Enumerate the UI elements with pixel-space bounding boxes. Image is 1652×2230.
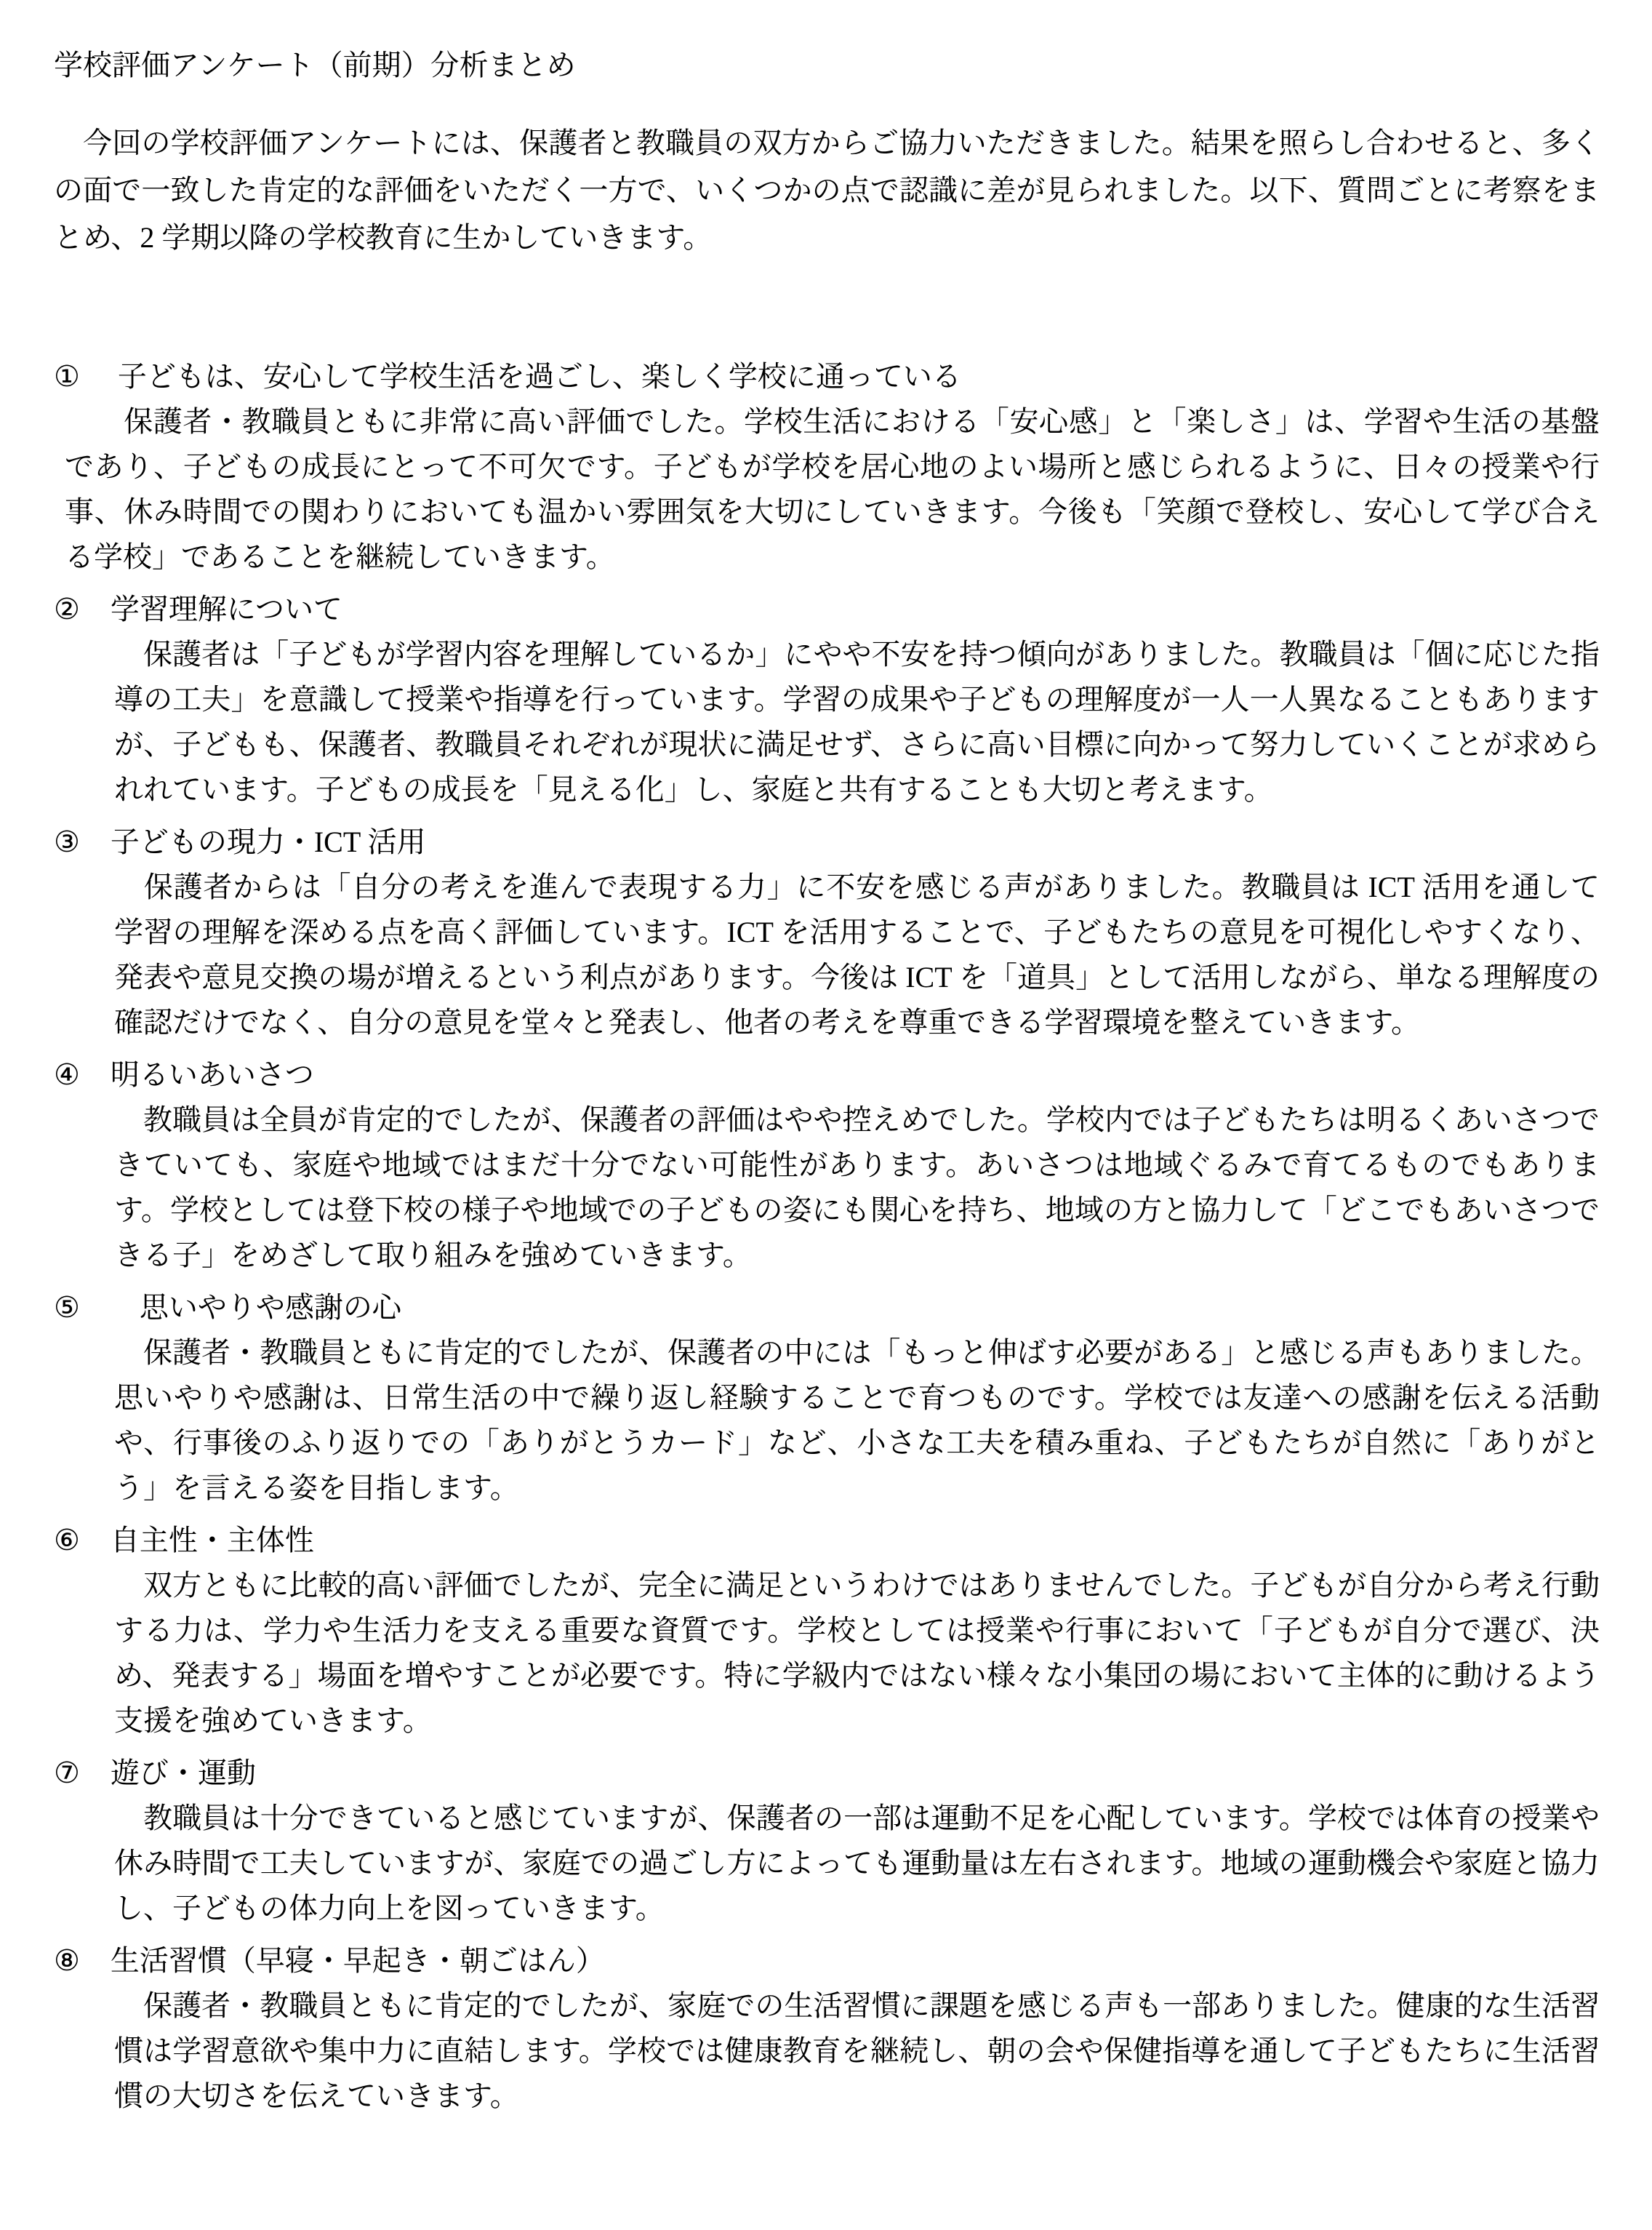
section-3: ③子どもの現力・ICT 活用 保護者からは「自分の考えを進んで表現する力」に不安…	[54, 820, 1600, 1045]
section-5: ⑤ 思いやりや感謝の心 保護者・教職員ともに肯定的でしたが、保護者の中には「もっ…	[54, 1285, 1600, 1511]
section-1-number: ①	[54, 360, 80, 393]
section-5-heading: ⑤ 思いやりや感謝の心	[54, 1285, 1600, 1330]
section-6-title: 自主性・主体性	[111, 1524, 314, 1556]
section-7-body: 教職員は十分できていると感じていますが、保護者の一部は運動不足を心配しています。…	[114, 1796, 1600, 1931]
section-4: ④明るいあいさつ 教職員は全員が肯定的でしたが、保護者の評価はやや控えめでした。…	[54, 1052, 1600, 1278]
section-2-body: 保護者は「子どもが学習内容を理解しているか」にやや不安を持つ傾向がありました。教…	[114, 632, 1600, 812]
section-6: ⑥自主性・主体性 双方ともに比較的高い評価でしたが、完全に満足というわけではあり…	[54, 1518, 1600, 1743]
section-3-heading: ③子どもの現力・ICT 活用	[54, 820, 1600, 865]
section-4-body: 教職員は全員が肯定的でしたが、保護者の評価はやや控えめでした。学校内では子どもた…	[114, 1098, 1600, 1278]
document-page: 学校評価アンケート（前期）分析まとめ 今回の学校評価アンケートには、保護者と教職…	[0, 0, 1652, 2230]
section-6-body: 双方ともに比較的高い評価でしたが、完全に満足というわけではありませんでした。子ど…	[114, 1563, 1600, 1743]
section-8-title: 生活習慣（早寝・早起き・朝ごはん）	[111, 1944, 605, 1977]
section-8: ⑧生活習慣（早寝・早起き・朝ごはん） 保護者・教職員ともに肯定的でしたが、家庭で…	[54, 1938, 1600, 2119]
section-4-number: ④	[54, 1058, 80, 1091]
section-8-body: 保護者・教職員ともに肯定的でしたが、家庭での生活習慣に課題を感じる声も一部ありま…	[114, 1983, 1600, 2119]
section-5-body: 保護者・教職員ともに肯定的でしたが、保護者の中には「もっと伸ばす必要がある」と感…	[114, 1330, 1600, 1511]
section-7: ⑦遊び・運動 教職員は十分できていると感じていますが、保護者の一部は運動不足を心…	[54, 1751, 1600, 1931]
section-5-number: ⑤	[54, 1291, 80, 1324]
section-2: ②学習理解について 保護者は「子どもが学習内容を理解しているか」にやや不安を持つ…	[54, 587, 1600, 812]
section-7-title: 遊び・運動	[111, 1757, 256, 1789]
section-2-title: 学習理解について	[111, 593, 342, 626]
section-3-number: ③	[54, 826, 80, 858]
page-title: 学校評価アンケート（前期）分析まとめ	[54, 42, 1600, 89]
section-list: ① 子どもは、安心して学校生活を過ごし、楽しく学校に通っている 保護者・教職員と…	[54, 354, 1600, 2119]
section-1-title: 子どもは、安心して学校生活を過ごし、楽しく学校に通っている	[111, 360, 961, 393]
section-1-body: 保護者・教職員ともに非常に高い評価でした。学校生活における「安心感」と「楽しさ」…	[65, 399, 1600, 580]
section-7-heading: ⑦遊び・運動	[54, 1751, 1600, 1796]
section-6-heading: ⑥自主性・主体性	[54, 1518, 1600, 1563]
section-7-number: ⑦	[54, 1757, 80, 1789]
section-4-heading: ④明るいあいさつ	[54, 1052, 1600, 1098]
section-8-heading: ⑧生活習慣（早寝・早起き・朝ごはん）	[54, 1938, 1600, 1983]
section-4-title: 明るいあいさつ	[111, 1058, 314, 1091]
section-2-heading: ②学習理解について	[54, 587, 1600, 632]
section-2-number: ②	[54, 593, 80, 626]
section-1-heading: ① 子どもは、安心して学校生活を過ごし、楽しく学校に通っている	[54, 354, 1600, 399]
section-3-body: 保護者からは「自分の考えを進んで表現する力」に不安を感じる声がありました。教職員…	[114, 865, 1600, 1045]
intro-paragraph: 今回の学校評価アンケートには、保護者と教職員の双方からご協力いただきました。結果…	[54, 119, 1600, 261]
section-1: ① 子どもは、安心して学校生活を過ごし、楽しく学校に通っている 保護者・教職員と…	[54, 354, 1600, 580]
section-3-title: 子どもの現力・ICT 活用	[111, 826, 426, 858]
section-5-title: 思いやりや感謝の心	[111, 1291, 401, 1324]
section-6-number: ⑥	[54, 1524, 80, 1556]
section-8-number: ⑧	[54, 1944, 80, 1977]
